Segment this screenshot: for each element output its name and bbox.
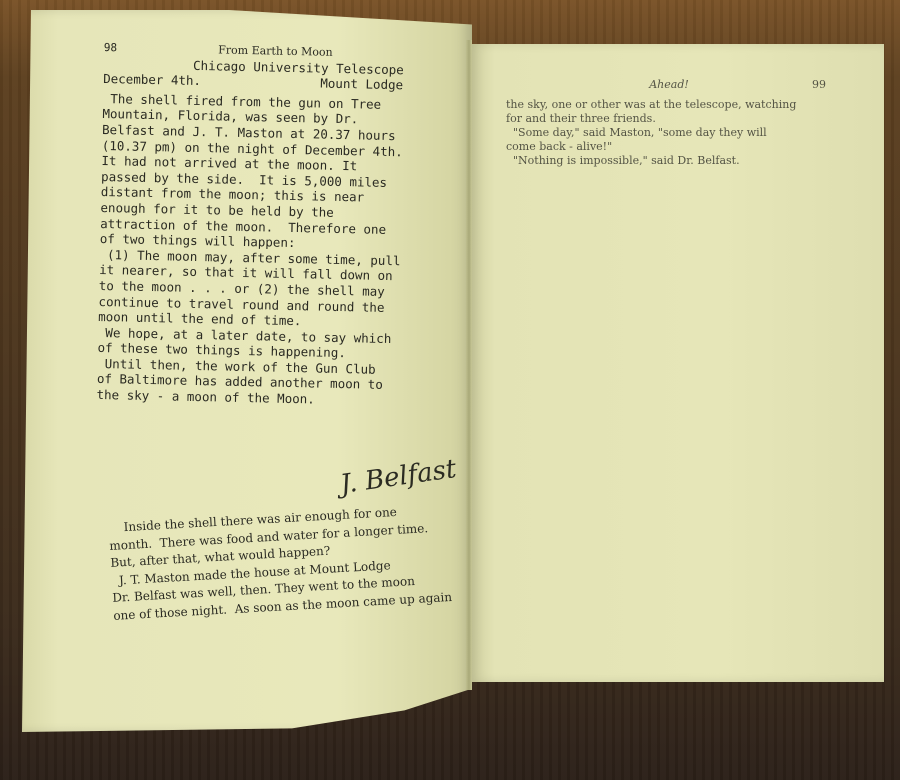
right-running-head: Ahead! (526, 78, 812, 92)
right-page-body-text: the sky, one or other was at the telesco… (506, 98, 826, 168)
body-line: "Nothing is impossible," said Dr. Belfas… (506, 154, 826, 168)
open-book: 98 From Earth to Moon Chicago University… (0, 0, 900, 780)
letter-date: December 4th. (103, 71, 201, 89)
body-line: for and their three friends. (506, 112, 826, 126)
left-page-body-text: Inside the shell there was air enough fo… (108, 500, 473, 625)
body-line: come back - alive!" (506, 140, 826, 154)
body-line: "Some day," said Maston, "some day they … (506, 126, 826, 140)
letter-location: Mount Lodge (320, 76, 403, 93)
left-page-number: 98 (104, 40, 118, 56)
left-page-content: 98 From Earth to Moon Chicago University… (96, 40, 454, 410)
right-page-number: 99 (812, 78, 826, 92)
right-page-content: Ahead! 99 the sky, one or other was at t… (506, 78, 826, 168)
right-page-header: Ahead! 99 (506, 78, 826, 92)
body-line: the sky, one or other was at the telesco… (506, 98, 826, 112)
letter-body: The shell fired from the gun on TreeMoun… (96, 91, 452, 410)
